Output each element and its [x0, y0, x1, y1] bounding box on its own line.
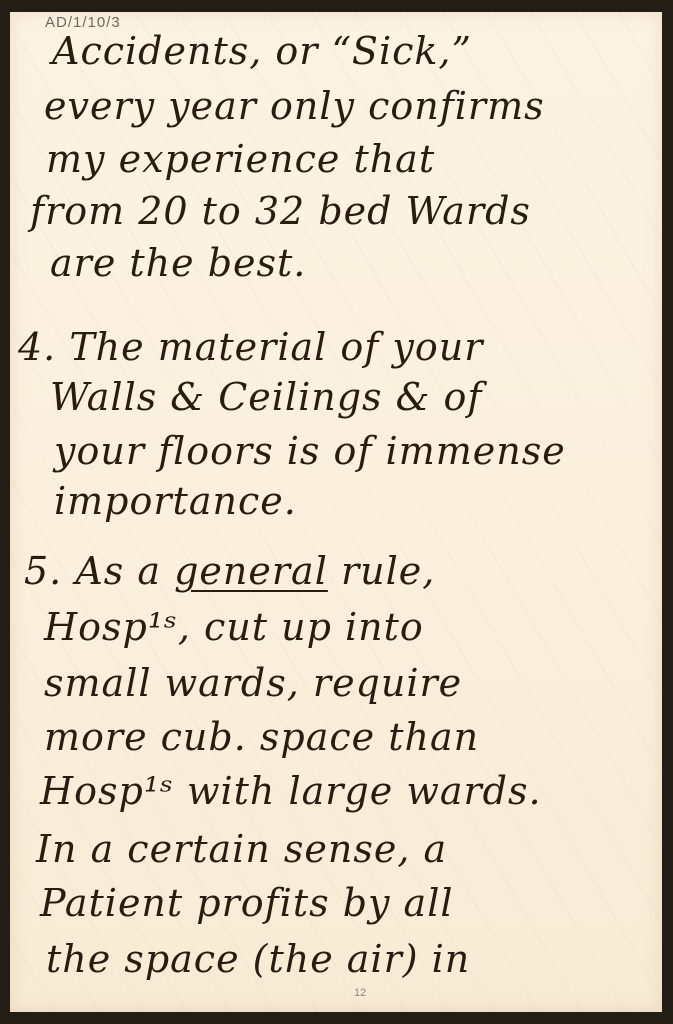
page-number: 12	[354, 987, 366, 999]
manuscript-page: AD/1/10/3 Accidents, or “Sick,” every ye…	[10, 12, 662, 1012]
manuscript-line-item-5: 5. As a general rule,	[24, 552, 435, 590]
manuscript-line: Hosp¹ˢ, cut up into	[44, 608, 424, 646]
manuscript-line: Patient profits by all	[40, 884, 454, 922]
manuscript-line: my experience that	[46, 140, 435, 178]
manuscript-line: 4. The material of your	[18, 328, 483, 366]
manuscript-text: rule,	[341, 549, 435, 593]
scan-background: AD/1/10/3 Accidents, or “Sick,” every ye…	[0, 0, 673, 1024]
manuscript-line: from 20 to 32 bed Wards	[30, 192, 531, 230]
manuscript-line: In a certain sense, a	[36, 830, 447, 868]
manuscript-line: are the best.	[50, 244, 306, 282]
manuscript-line: the space (the air) in	[46, 940, 470, 978]
underlined-word: general	[174, 549, 328, 593]
manuscript-line: small wards, require	[44, 664, 462, 702]
manuscript-line: importance.	[54, 482, 297, 520]
manuscript-line: every year only confirms	[44, 87, 545, 125]
manuscript-text: 5. As a	[24, 549, 161, 593]
manuscript-line: more cub. space than	[44, 718, 479, 756]
manuscript-line: Walls & Ceilings & of	[50, 378, 482, 416]
manuscript-line: Accidents, or “Sick,”	[52, 32, 472, 70]
manuscript-line: your floors is of immense	[54, 432, 566, 470]
manuscript-line: Hosp¹ˢ with large wards.	[40, 772, 542, 810]
